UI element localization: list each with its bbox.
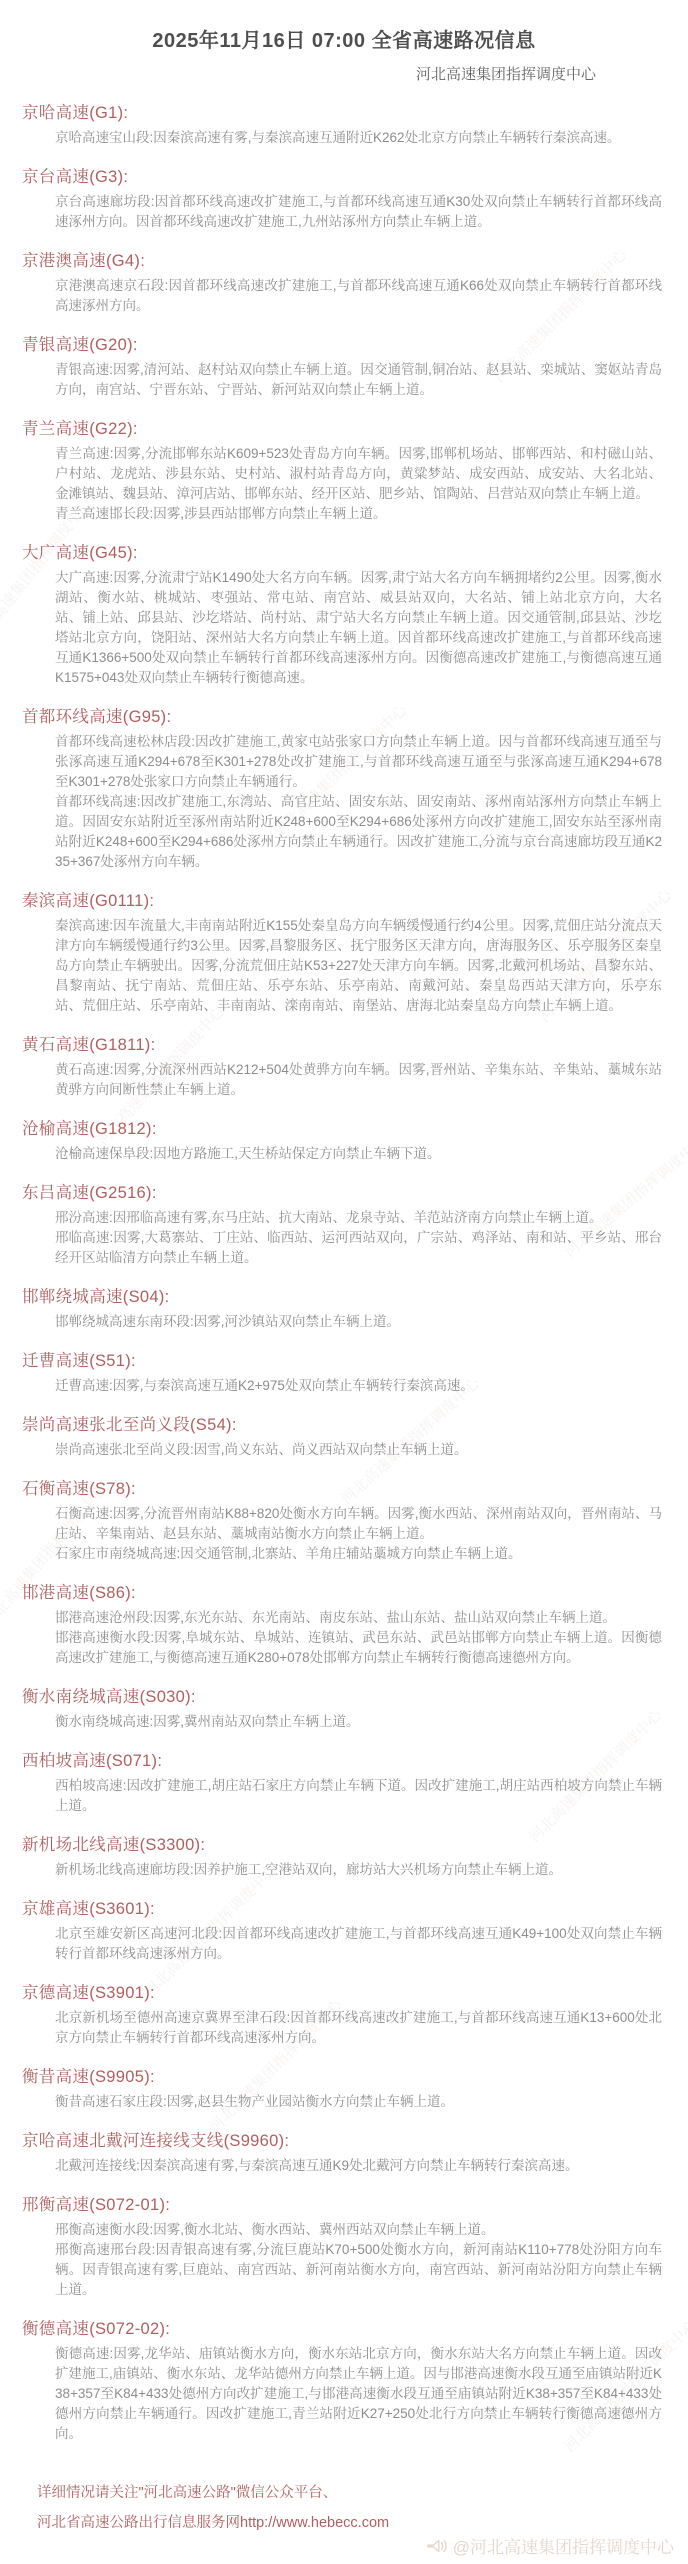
highway-heading: 京雄高速(S3601): xyxy=(0,1895,688,1919)
highway-heading: 邯郸绕城高速(S04): xyxy=(0,1283,688,1307)
agency-byline: 河北高速集团指挥调度中心 xyxy=(0,63,688,84)
highway-status-paragraph: 邢衡高速衡水段:因雾,衡水北站、衡水西站、冀州西站双向禁止车辆上道。 xyxy=(55,2220,662,2240)
highway-heading: 新机场北线高速(S3300): xyxy=(0,1831,688,1855)
highway-section: 石衡高速(S78):石衡高速:因雾,分流晋州南站K88+820处衡水方向车辆。因… xyxy=(0,1475,688,1564)
highway-status-paragraph: 邢衡高速邢台段:因青银高速有雾,分流巨鹿站K70+500处衡水方向，新河南站K1… xyxy=(55,2240,662,2300)
footer-site-label: 河北省高速公路出行信息服务网 xyxy=(37,2515,240,2531)
highway-heading: 京哈高速北戴河连接线支线(S9960): xyxy=(0,2127,688,2151)
highway-section: 京雄高速(S3601):北京至雄安新区高速河北段:因首都环线高速改扩建施工,与首… xyxy=(0,1895,688,1964)
highway-status-paragraph: 京港澳高速京石段:因首都环线高速改扩建施工,与首都环线高速互通K66处双向禁止车… xyxy=(55,276,662,316)
highway-status-paragraph: 石家庄市南绕城高速:因交通管制,北寨站、羊角庄辅站藁城方向禁止车辆上道。 xyxy=(55,1544,662,1564)
highway-heading: 崇尚高速张北至尚义段(S54): xyxy=(0,1411,688,1435)
sections-container: 京哈高速(G1):京哈高速宝山段:因秦滨高速有雾,与秦滨高速互通附近K262处北… xyxy=(0,99,688,2444)
highway-heading: 沧榆高速(G1812): xyxy=(0,1115,688,1139)
highway-section: 迁曹高速(S51):迁曹高速:因雾,与秦滨高速互通K2+975处双向禁止车辆转行… xyxy=(0,1347,688,1396)
highway-heading: 衡水南绕城高速(S030): xyxy=(0,1683,688,1707)
watermark-badge: @河北高速集团指挥调度中心 xyxy=(426,2533,674,2558)
highway-status-paragraph: 邯港高速沧州段:因雾,东光东站、东光南站、南皮东站、盐山东站、盐山站双向禁止车辆… xyxy=(55,1608,662,1628)
highway-status-paragraph: 北戴河连接线:因秦滨高速有雾,与秦滨高速互通K9处北戴河方向禁止车辆转行秦滨高速… xyxy=(55,2156,662,2176)
highway-section: 京哈高速(G1):京哈高速宝山段:因秦滨高速有雾,与秦滨高速互通附近K262处北… xyxy=(0,99,688,148)
highway-status-paragraph: 北京新机场至德州高速京冀界至津石段:因首都环线高速改扩建施工,与首都环线高速互通… xyxy=(55,2008,662,2048)
highway-status-paragraph: 迁曹高速:因雾,与秦滨高速互通K2+975处双向禁止车辆转行秦滨高速。 xyxy=(55,1376,662,1396)
highway-status-paragraph: 沧榆高速保阜段:因地方路施工,天生桥站保定方向禁止车辆下道。 xyxy=(55,1144,662,1164)
highway-status-paragraph: 邢临高速:因雾,大葛寨站、丁庄站、临西站、运河西站双向，广宗站、鸡泽站、南和站、… xyxy=(55,1228,662,1268)
footer-site-url[interactable]: http://www.hebecc.com xyxy=(240,2515,389,2531)
page-title: 2025年11月16日 07:00 全省高速路况信息 xyxy=(0,24,688,53)
highway-status-paragraph: 邯港高速衡水段:因雾,阜城东站、阜城站、连镇站、武邑东站、武邑站邯郸方向禁止车辆… xyxy=(55,1628,662,1668)
highway-section: 衡水南绕城高速(S030):衡水南绕城高速:因雾,冀州南站双向禁止车辆上道。 xyxy=(0,1683,688,1732)
highway-section: 首都环线高速(G95):首都环线高速松林店段:因改扩建施工,黄家屯站张家口方向禁… xyxy=(0,703,688,872)
highway-section: 青兰高速(G22):青兰高速:因雾,分流邯郸东站K609+523处青岛方向车辆。… xyxy=(0,415,688,524)
highway-section: 新机场北线高速(S3300):新机场北线高速廊坊段:因养护施工,空港站双向，廊坊… xyxy=(0,1831,688,1880)
highway-heading: 衡昔高速(S9905): xyxy=(0,2063,688,2087)
highway-heading: 邯港高速(S86): xyxy=(0,1579,688,1603)
highway-section: 西柏坡高速(S071):西柏坡高速:因改扩建施工,胡庄站石家庄方向禁止车辆下道。… xyxy=(0,1747,688,1816)
highway-section: 秦滨高速(G0111):秦滨高速:因车流量大,丰南南站附近K155处秦皇岛方向车… xyxy=(0,887,688,1016)
highway-heading: 西柏坡高速(S071): xyxy=(0,1747,688,1771)
highway-heading: 京港澳高速(G4): xyxy=(0,247,688,271)
highway-section: 沧榆高速(G1812):沧榆高速保阜段:因地方路施工,天生桥站保定方向禁止车辆下… xyxy=(0,1115,688,1164)
highway-heading: 大广高速(G45): xyxy=(0,539,688,563)
highway-heading: 京台高速(G3): xyxy=(0,163,688,187)
highway-section: 东吕高速(G2516):邢汾高速:因邢临高速有雾,东马庄站、抗大南站、龙泉寺站、… xyxy=(0,1179,688,1268)
highway-section: 邯郸绕城高速(S04):邯郸绕城高速东南环段:因雾,河沙镇站双向禁止车辆上道。 xyxy=(0,1283,688,1332)
highway-heading: 黄石高速(G1811): xyxy=(0,1031,688,1055)
watermark-badge-text: @河北高速集团指挥调度中心 xyxy=(453,2533,674,2558)
highway-status-paragraph: 北京至雄安新区高速河北段:因首都环线高速改扩建施工,与首都环线高速互通K49+1… xyxy=(55,1924,662,1964)
highway-status-paragraph: 京台高速廊坊段:因首都环线高速改扩建施工,与首都环线高速互通K30处双向禁止车辆… xyxy=(55,192,662,232)
broadcast-icon xyxy=(426,2537,448,2555)
highway-status-paragraph: 首都环线高速:因改扩建施工,东湾站、高官庄站、固安东站、固安南站、涿州南站涿州方… xyxy=(55,792,662,872)
highway-heading: 青兰高速(G22): xyxy=(0,415,688,439)
highway-status-paragraph: 新机场北线高速廊坊段:因养护施工,空港站双向，廊坊站大兴机场方向禁止车辆上道。 xyxy=(55,1860,662,1880)
highway-status-paragraph: 石衡高速:因雾,分流晋州南站K88+820处衡水方向车辆。因雾,衡水西站、深州南… xyxy=(55,1504,662,1544)
highway-section: 衡德高速(S072-02):衡德高速:因雾,龙华站、庙镇站衡水方向，衡水东站北京… xyxy=(0,2315,688,2444)
footer-note: 详细情况请关注"河北高速公路"微信公众平台、 xyxy=(37,2478,688,2508)
highway-section: 青银高速(G20):青银高速:因雾,清河站、赵村站双向禁止车辆上道。因交通管制,… xyxy=(0,331,688,400)
highway-section: 邯港高速(S86):邯港高速沧州段:因雾,东光东站、东光南站、南皮东站、盐山东站… xyxy=(0,1579,688,1668)
highway-heading: 石衡高速(S78): xyxy=(0,1475,688,1499)
highway-status-paragraph: 西柏坡高速:因改扩建施工,胡庄站石家庄方向禁止车辆下道。因改扩建施工,胡庄站西柏… xyxy=(55,1776,662,1816)
highway-heading: 京哈高速(G1): xyxy=(0,99,688,123)
highway-section: 京哈高速北戴河连接线支线(S9960):北戴河连接线:因秦滨高速有雾,与秦滨高速… xyxy=(0,2127,688,2176)
highway-section: 大广高速(G45):大广高速:因雾,分流肃宁站K1490处大名方向车辆。因雾,肃… xyxy=(0,539,688,688)
highway-heading: 迁曹高速(S51): xyxy=(0,1347,688,1371)
highway-status-paragraph: 首都环线高速松林店段:因改扩建施工,黄家屯站张家口方向禁止车辆上道。因与首都环线… xyxy=(55,732,662,792)
highway-status-paragraph: 邯郸绕城高速东南环段:因雾,河沙镇站双向禁止车辆上道。 xyxy=(55,1312,662,1332)
highway-heading: 秦滨高速(G0111): xyxy=(0,887,688,911)
highway-status-paragraph: 黄石高速:因雾,分流深州西站K212+504处黄骅方向车辆。因雾,晋州站、辛集东… xyxy=(55,1060,662,1100)
highway-status-paragraph: 大广高速:因雾,分流肃宁站K1490处大名方向车辆。因雾,肃宁站大名方向车辆拥堵… xyxy=(55,568,662,688)
highway-section: 衡昔高速(S9905):衡昔高速石家庄段:因雾,赵县生物产业园站衡水方向禁止车辆… xyxy=(0,2063,688,2112)
highway-heading: 邢衡高速(S072-01): xyxy=(0,2191,688,2215)
bulletin-document: 2025年11月16日 07:00 全省高速路况信息 河北高速集团指挥调度中心 … xyxy=(0,0,688,2564)
highway-heading: 衡德高速(S072-02): xyxy=(0,2315,688,2339)
highway-heading: 东吕高速(G2516): xyxy=(0,1179,688,1203)
highway-status-paragraph: 衡昔高速石家庄段:因雾,赵县生物产业园站衡水方向禁止车辆上道。 xyxy=(55,2092,662,2112)
highway-status-paragraph: 京哈高速宝山段:因秦滨高速有雾,与秦滨高速互通附近K262处北京方向禁止车辆转行… xyxy=(55,128,662,148)
highway-heading: 首都环线高速(G95): xyxy=(0,703,688,727)
highway-status-paragraph: 衡德高速:因雾,龙华站、庙镇站衡水方向，衡水东站北京方向，衡水东站大名方向禁止车… xyxy=(55,2344,662,2444)
highway-status-paragraph: 青银高速:因雾,清河站、赵村站双向禁止车辆上道。因交通管制,铜冶站、赵县站、栾城… xyxy=(55,360,662,400)
highway-section: 京港澳高速(G4):京港澳高速京石段:因首都环线高速改扩建施工,与首都环线高速互… xyxy=(0,247,688,316)
highway-section: 崇尚高速张北至尚义段(S54):崇尚高速张北至尚义段:因雪,尚义东站、尚义西站双… xyxy=(0,1411,688,1460)
footer: 详细情况请关注"河北高速公路"微信公众平台、 河北省高速公路出行信息服务网htt… xyxy=(0,2478,688,2538)
highway-status-paragraph: 青兰高速:因雾,分流邯郸东站K609+523处青岛方向车辆。因雾,邯郸机场站、邯… xyxy=(55,444,662,504)
highway-status-paragraph: 秦滨高速:因车流量大,丰南南站附近K155处秦皇岛方向车辆缓慢通行约4公里。因雾… xyxy=(55,916,662,1016)
highway-section: 京台高速(G3):京台高速廊坊段:因首都环线高速改扩建施工,与首都环线高速互通K… xyxy=(0,163,688,232)
highway-heading: 京德高速(S3901): xyxy=(0,1979,688,2003)
highway-status-paragraph: 邢汾高速:因邢临高速有雾,东马庄站、抗大南站、龙泉寺站、羊范站济南方向禁止车辆上… xyxy=(55,1208,662,1228)
highway-status-paragraph: 崇尚高速张北至尚义段:因雪,尚义东站、尚义西站双向禁止车辆上道。 xyxy=(55,1440,662,1460)
highway-section: 京德高速(S3901):北京新机场至德州高速京冀界至津石段:因首都环线高速改扩建… xyxy=(0,1979,688,2048)
highway-status-paragraph: 衡水南绕城高速:因雾,冀州南站双向禁止车辆上道。 xyxy=(55,1712,662,1732)
highway-section: 邢衡高速(S072-01):邢衡高速衡水段:因雾,衡水北站、衡水西站、冀州西站双… xyxy=(0,2191,688,2300)
highway-section: 黄石高速(G1811):黄石高速:因雾,分流深州西站K212+504处黄骅方向车… xyxy=(0,1031,688,1100)
highway-heading: 青银高速(G20): xyxy=(0,331,688,355)
highway-status-paragraph: 青兰高速邯长段:因雾,涉县西站邯郸方向禁止车辆上道。 xyxy=(55,504,662,524)
